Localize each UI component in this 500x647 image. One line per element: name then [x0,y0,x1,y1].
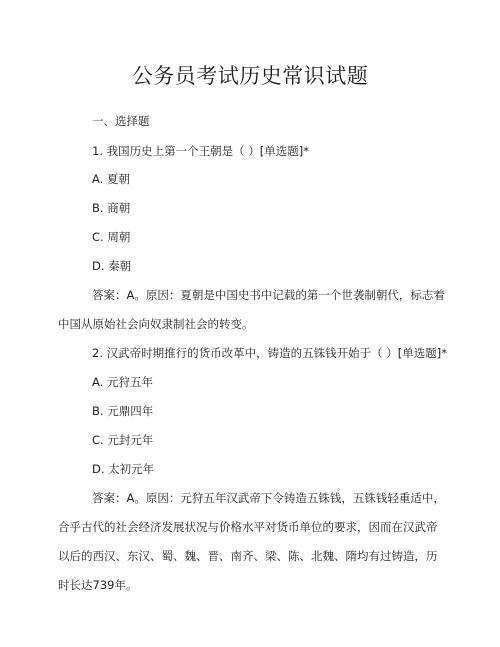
question-2-answer-line-1: 答案：A。原因：元狩五年汉武帝下令铸造五铢钱，五铢钱轻重适中， [92,490,445,506]
document-title: 公务员考试历史常识试题 [0,60,500,90]
question-2-option-c: C. 元封元年 [92,432,153,448]
question-1: 1. 我国历史上第一个王朝是（ ）[单选题]* [92,143,309,159]
section-heading: 一、选择题 [92,113,150,129]
question-1-option-a: A. 夏朝 [92,171,130,187]
question-2-option-b: B. 元鼎四年 [92,403,153,419]
question-2-answer-line-4: 时长达739年。 [58,577,137,593]
question-2-option-d: D. 太初元年 [92,461,154,477]
question-1-option-b: B. 商朝 [92,200,130,216]
question-2-answer-line-3: 以后的西汉、东汉、蜀、魏、晋、南齐、梁、陈、北魏、隋均有过铸造，历 [58,548,438,564]
question-1-option-c: C. 周朝 [92,229,130,245]
question-2-option-a: A. 元狩五年 [92,374,153,390]
question-1-option-d: D. 秦朝 [92,258,131,274]
question-2: 2. 汉武帝时期推行的货币改革中，铸造的五铢钱开始于（ ）[单选题]* [92,345,447,361]
question-1-answer-line-2: 中国从原始社会向奴隶制社会的转变。 [58,316,254,332]
question-1-answer-line-1: 答案：A。原因：夏朝是中国史书中记载的第一个世袭制朝代，标志着 [92,287,445,303]
question-2-answer-line-2: 合乎古代的社会经济发展状况与价格水平对货币单位的要求，因而在汉武帝 [58,519,438,535]
